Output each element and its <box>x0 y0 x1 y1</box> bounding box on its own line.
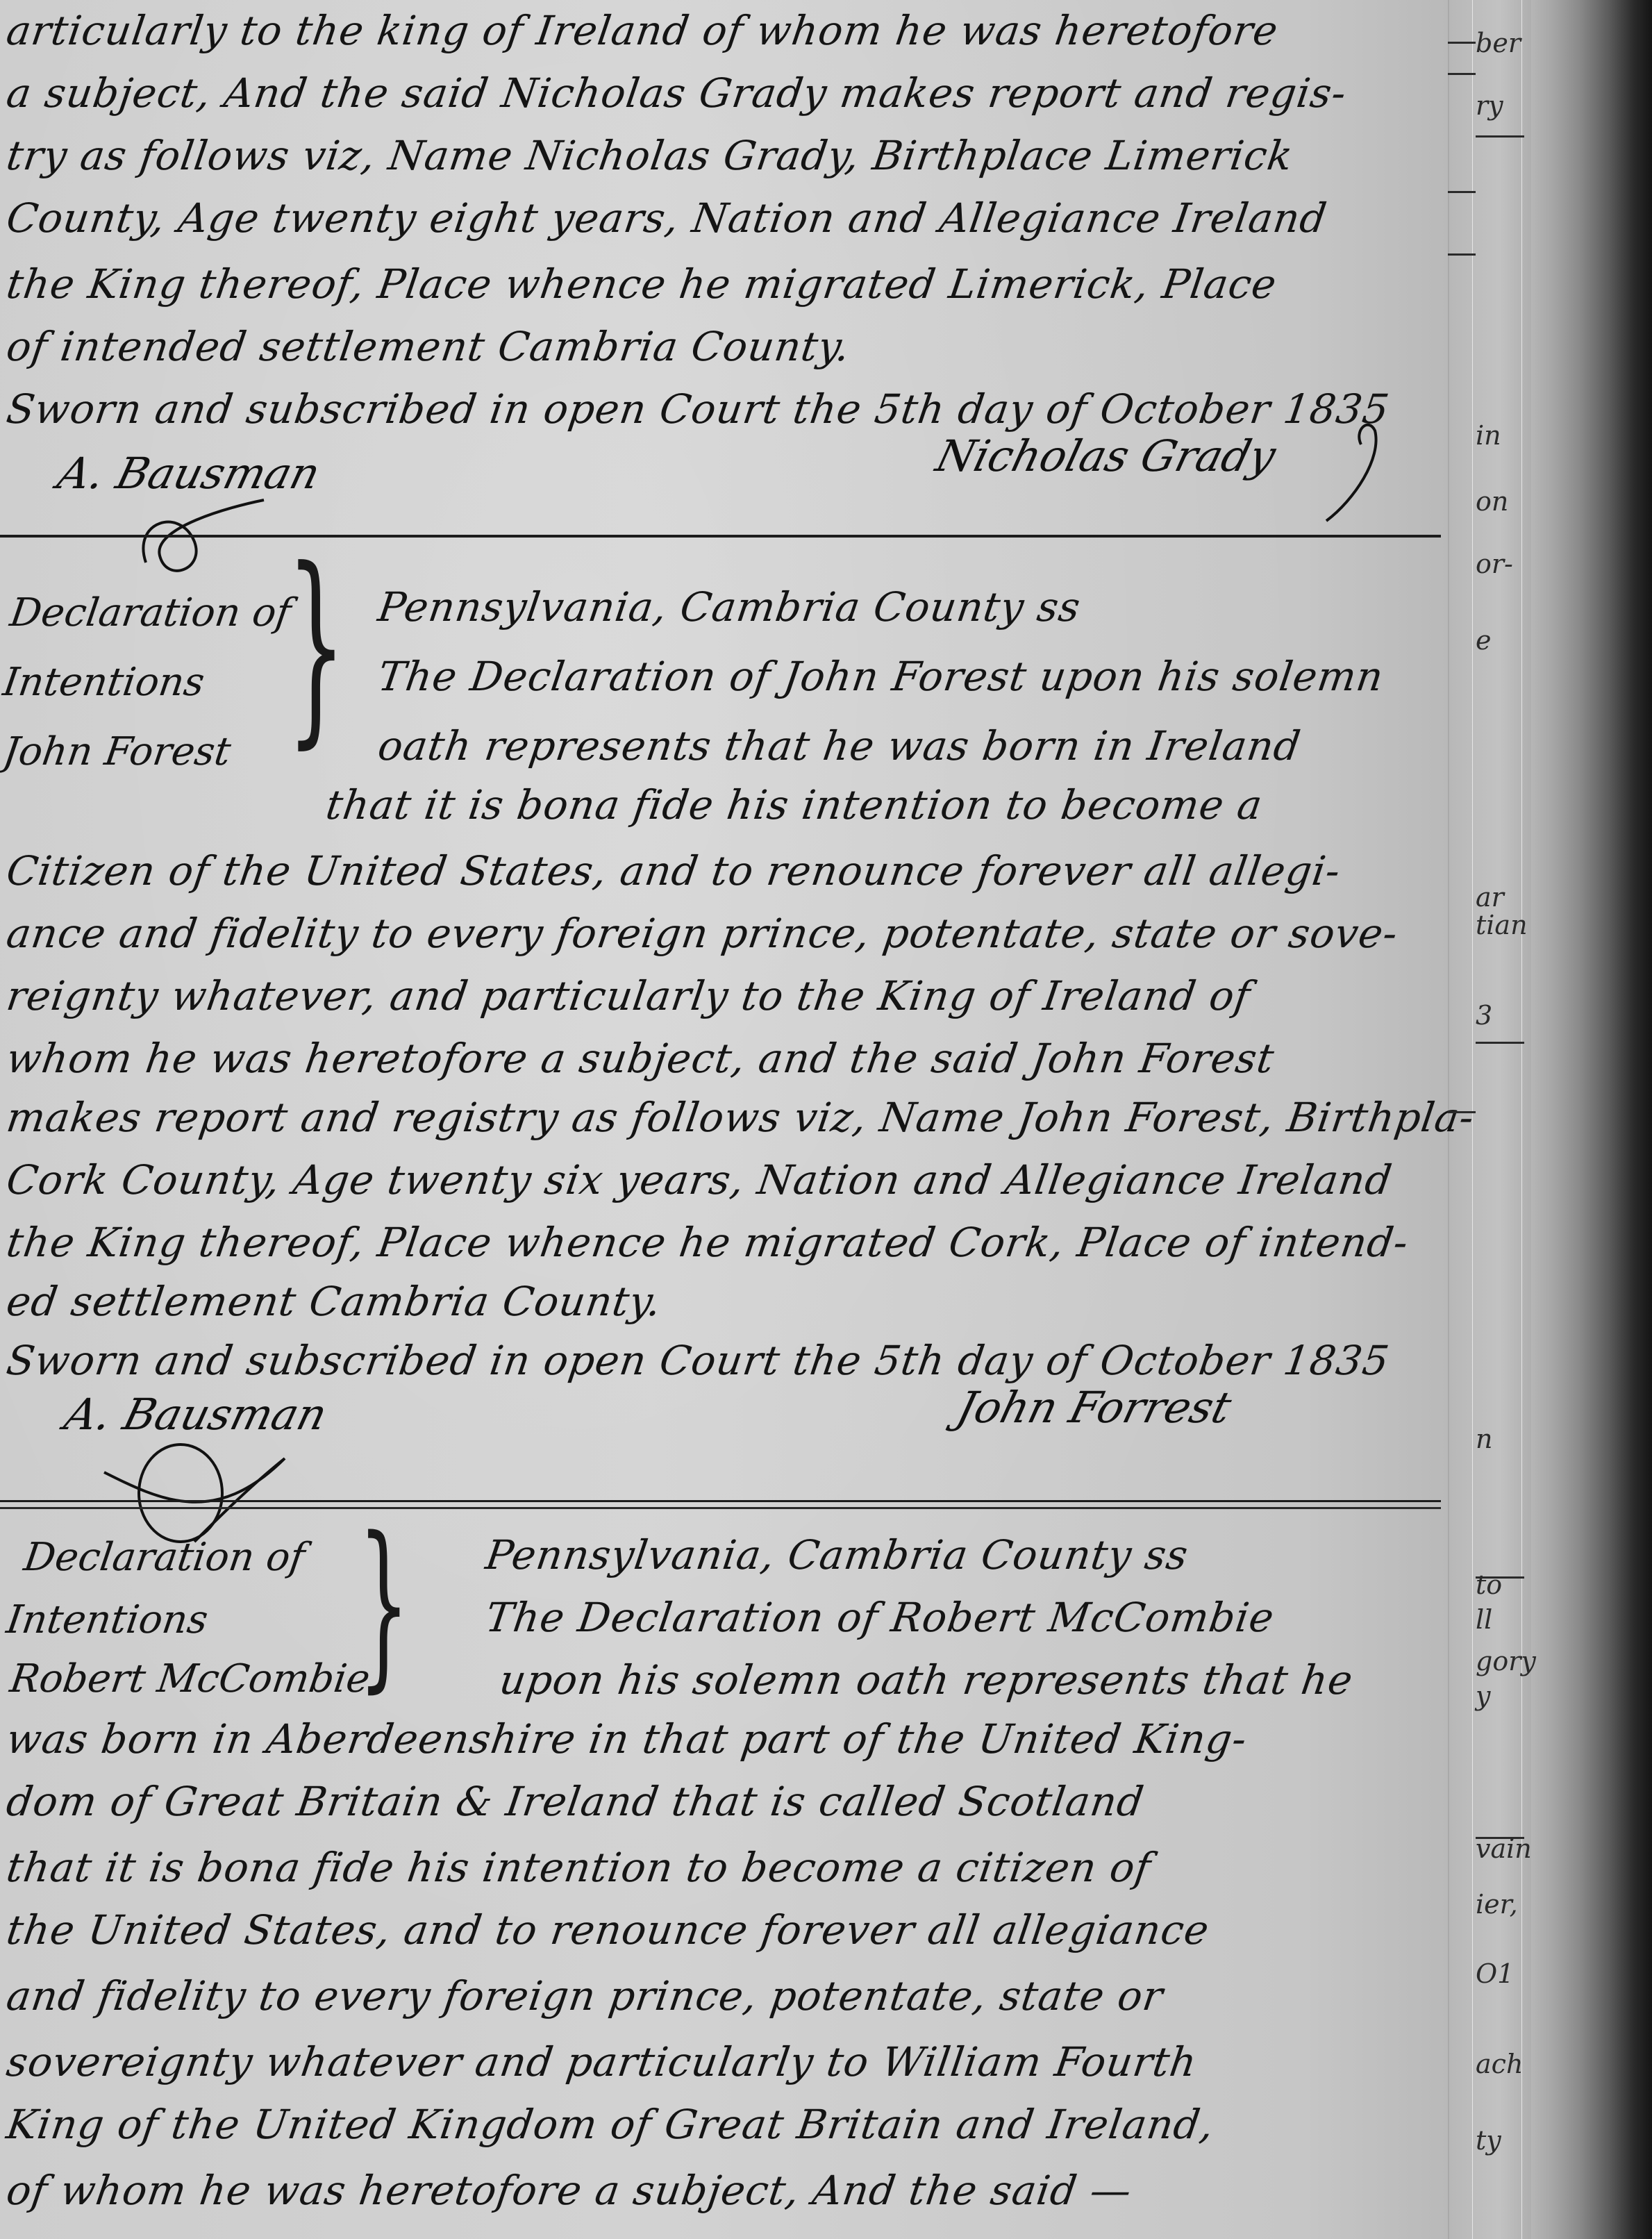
text-line: Citizen of the United States, and to ren… <box>3 847 1652 894</box>
margin-heading-name: John Forest <box>0 729 233 774</box>
signature-flourish <box>1312 417 1396 528</box>
margin-heading: Intentions <box>0 660 207 705</box>
fragment-text: in <box>1476 420 1501 451</box>
text-line: and fidelity to every foreign prince, po… <box>3 1972 1652 2020</box>
text-line: the King thereof, Place whence he migrat… <box>3 260 1652 308</box>
text-line: the King thereof, Place whence he migrat… <box>3 1219 1652 1266</box>
text-line: Pennsylvania, Cambria County ss <box>375 583 1652 631</box>
sworn-line: Sworn and subscribed in open Court the 5… <box>3 1337 1652 1384</box>
fragment-rule <box>1476 1576 1524 1579</box>
fragment-text: ty <box>1476 2125 1501 2156</box>
fragment-text: O1 <box>1476 1958 1514 1989</box>
fragment-rule <box>1448 191 1476 193</box>
text-line: Cork County, Age twenty six years, Natio… <box>3 1156 1652 1204</box>
text-line: articularly to the king of Ireland of wh… <box>3 7 1652 54</box>
fragment-text: ll <box>1476 1604 1492 1635</box>
text-line: King of the United Kingdom of Great Brit… <box>3 2101 1652 2148</box>
fragment-text: on <box>1476 486 1508 517</box>
fragment-rule <box>1448 1111 1476 1113</box>
text-line: reignty whatever, and particularly to th… <box>3 972 1652 1019</box>
text-line: sovereignty whatever and particularly to… <box>3 2038 1652 2086</box>
text-line: of whom he was heretofore a subject, And… <box>3 2167 1652 2214</box>
brace-icon: } <box>286 542 346 750</box>
margin-heading: Declaration of <box>7 590 293 635</box>
fragment-text: to <box>1476 1570 1502 1600</box>
text-line: makes report and registry as follows viz… <box>3 1094 1652 1141</box>
fragment-rule <box>1476 1042 1524 1044</box>
fragment-rule <box>1448 73 1476 75</box>
fragment-text: 3 <box>1476 1000 1492 1031</box>
signature-flourish <box>125 479 292 597</box>
declarant-signature: Nicholas Grady <box>931 431 1280 481</box>
text-line: County, Age twenty eight years, Nation a… <box>3 194 1652 242</box>
margin-heading-name: Robert McCombie <box>7 1656 372 1701</box>
fragment-rule <box>1448 253 1476 256</box>
fragment-text: tian <box>1476 910 1528 940</box>
fragment-text: ier, <box>1476 1889 1518 1920</box>
fragment-rule <box>1476 135 1524 138</box>
fragment-rule <box>1448 42 1476 44</box>
entry-divider <box>0 1500 1441 1502</box>
fragment-text: gory <box>1476 1646 1536 1676</box>
text-line: ed settlement Cambria County. <box>3 1278 1652 1325</box>
text-line: oath represents that he was born in Irel… <box>375 722 1652 769</box>
text-line: was born in Aberdeenshire in that part o… <box>3 1715 1652 1763</box>
text-line: of intended settlement Cambria County. <box>3 323 1652 370</box>
text-line: try as follows viz, Name Nicholas Grady,… <box>3 132 1652 179</box>
fragment-text: ach <box>1476 2049 1523 2079</box>
fragment-text: e <box>1476 625 1492 656</box>
fragment-text: ar <box>1476 882 1504 913</box>
text-line: that it is bona fide his intention to be… <box>323 781 1652 829</box>
sworn-line: Sworn and subscribed in open Court the 5… <box>3 385 1652 433</box>
text-line: whom he was heretofore a subject, and th… <box>3 1035 1652 1082</box>
fragment-rule <box>1476 1837 1524 1839</box>
text-line: that it is bona fide his intention to be… <box>3 1844 1652 1891</box>
brace-icon: } <box>358 1514 409 1695</box>
text-line: a subject, And the said Nicholas Grady m… <box>3 69 1652 117</box>
fragment-text: ry <box>1476 90 1503 121</box>
text-line: ance and fidelity to every foreign princ… <box>3 910 1652 957</box>
declarant-signature: John Forrest <box>952 1382 1237 1433</box>
text-line: The Declaration of John Forest upon his … <box>375 653 1652 700</box>
text-line: dom of Great Britain & Ireland that is c… <box>3 1778 1652 1825</box>
entry-divider <box>0 535 1441 538</box>
fragment-text: n <box>1476 1424 1492 1454</box>
margin-heading: Declaration of <box>21 1535 307 1580</box>
fragment-text: y <box>1476 1681 1490 1711</box>
fragment-text: or- <box>1476 549 1513 579</box>
fragment-text: ber <box>1476 28 1521 58</box>
text-line: the United States, and to renounce forev… <box>3 1906 1652 1954</box>
margin-heading: Intentions <box>3 1597 210 1642</box>
